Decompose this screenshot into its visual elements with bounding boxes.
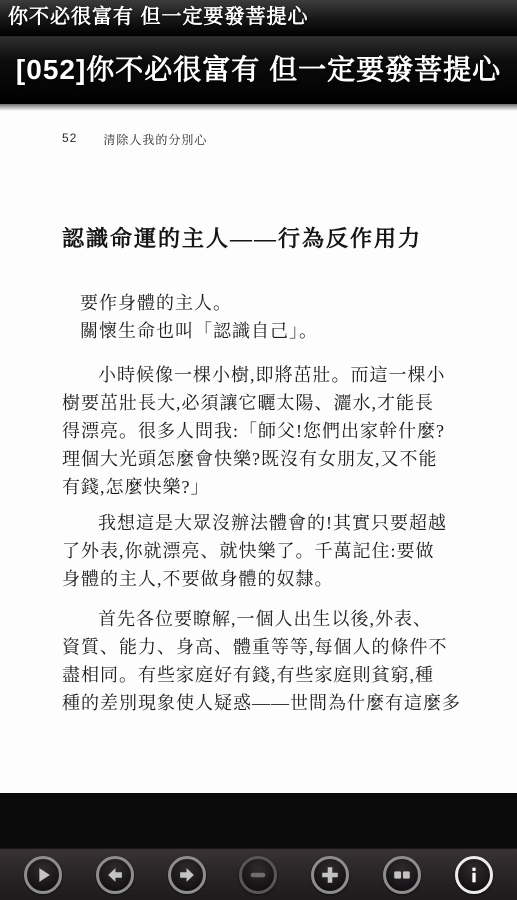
- text-line: 理個大光頭怎麼會快樂?既沒有女朋友,又不能: [62, 445, 461, 473]
- paragraph: 首先各位要瞭解,一個人出生以後,外表、 資質、能力、身高、體重等等,每個人的條件…: [62, 605, 461, 717]
- info-icon: [463, 864, 485, 886]
- zoom-in-button[interactable]: [311, 856, 349, 894]
- text-line: 有錢,怎麼快樂?」: [62, 473, 461, 501]
- paragraph: 小時候像一棵小樹,即將茁壯。而這一棵小 樹要茁壯長大,必須讓它曬太陽、灑水,才能…: [62, 361, 461, 501]
- arrow-right-icon: [176, 864, 198, 886]
- minus-icon: [247, 864, 269, 886]
- body-text: 要作身體的主人。 關懷生命也叫「認識自己」。 小時候像一棵小樹,即將茁壯。而這一…: [62, 289, 461, 717]
- paragraph: 我想這是大眾沒辦法體會的!其實只要超越 了外表,你就漂亮、就快樂了。千萬記住:要…: [62, 509, 461, 593]
- text-line: 首先各位要瞭解,一個人出生以後,外表、: [62, 605, 461, 633]
- text-line: 種的差別現象使人疑惑——世間為什麼有這麼多: [62, 689, 461, 717]
- header-bar: [052]你不必很富有 但一定要發菩提心: [0, 36, 517, 104]
- page-number: 52: [62, 131, 77, 148]
- zoom-out-button[interactable]: [239, 856, 277, 894]
- section-title: 認識命運的主人——行為反作用力: [62, 222, 461, 253]
- info-button[interactable]: [455, 856, 493, 894]
- pages-icon: [391, 864, 413, 886]
- play-icon: [32, 864, 54, 886]
- text-line: 我想這是大眾沒辦法體會的!其實只要超越: [62, 509, 461, 537]
- text-line: 了外表,你就漂亮、就快樂了。千萬記住:要做: [62, 537, 461, 565]
- running-header: 52 清除人我的分別心: [62, 131, 461, 148]
- page-top-shadow: [0, 104, 517, 111]
- text-line: 盡相同。有些家庭好有錢,有些家庭則貧窮,種: [62, 661, 461, 689]
- text-line: 資質、能力、身高、體重等等,每個人的條件不: [62, 633, 461, 661]
- running-header-title: 清除人我的分別心: [103, 131, 207, 148]
- status-bar: 你不必很富有 但一定要發菩提心: [0, 0, 517, 36]
- next-page-button[interactable]: [168, 856, 206, 894]
- text-line: 樹要茁壯長大,必須讓它曬太陽、灑水,才能長: [62, 389, 461, 417]
- status-bar-title: 你不必很富有 但一定要發菩提心: [8, 6, 309, 28]
- page-title: [052]你不必很富有 但一定要發菩提心: [16, 54, 501, 85]
- bottom-toolbar: [0, 848, 517, 900]
- arrow-left-icon: [104, 864, 126, 886]
- text-line: 小時候像一棵小樹,即將茁壯。而這一棵小: [62, 361, 461, 389]
- text-line: 得漂亮。很多人問我:「師父!您們出家幹什麼?: [62, 417, 461, 445]
- page-view-button[interactable]: [383, 856, 421, 894]
- play-button[interactable]: [24, 856, 62, 894]
- book-page[interactable]: 52 清除人我的分別心 認識命運的主人——行為反作用力 要作身體的主人。 關懷生…: [0, 111, 517, 793]
- plus-icon: [319, 864, 341, 886]
- prev-page-button[interactable]: [96, 856, 134, 894]
- text-line: 關懷生命也叫「認識自己」。: [62, 317, 461, 345]
- text-line: 要作身體的主人。: [62, 289, 461, 317]
- text-line: 身體的主人,不要做身體的奴隸。: [62, 565, 461, 593]
- page-bottom-gap: [0, 793, 517, 848]
- paragraph: 要作身體的主人。 關懷生命也叫「認識自己」。: [62, 289, 461, 345]
